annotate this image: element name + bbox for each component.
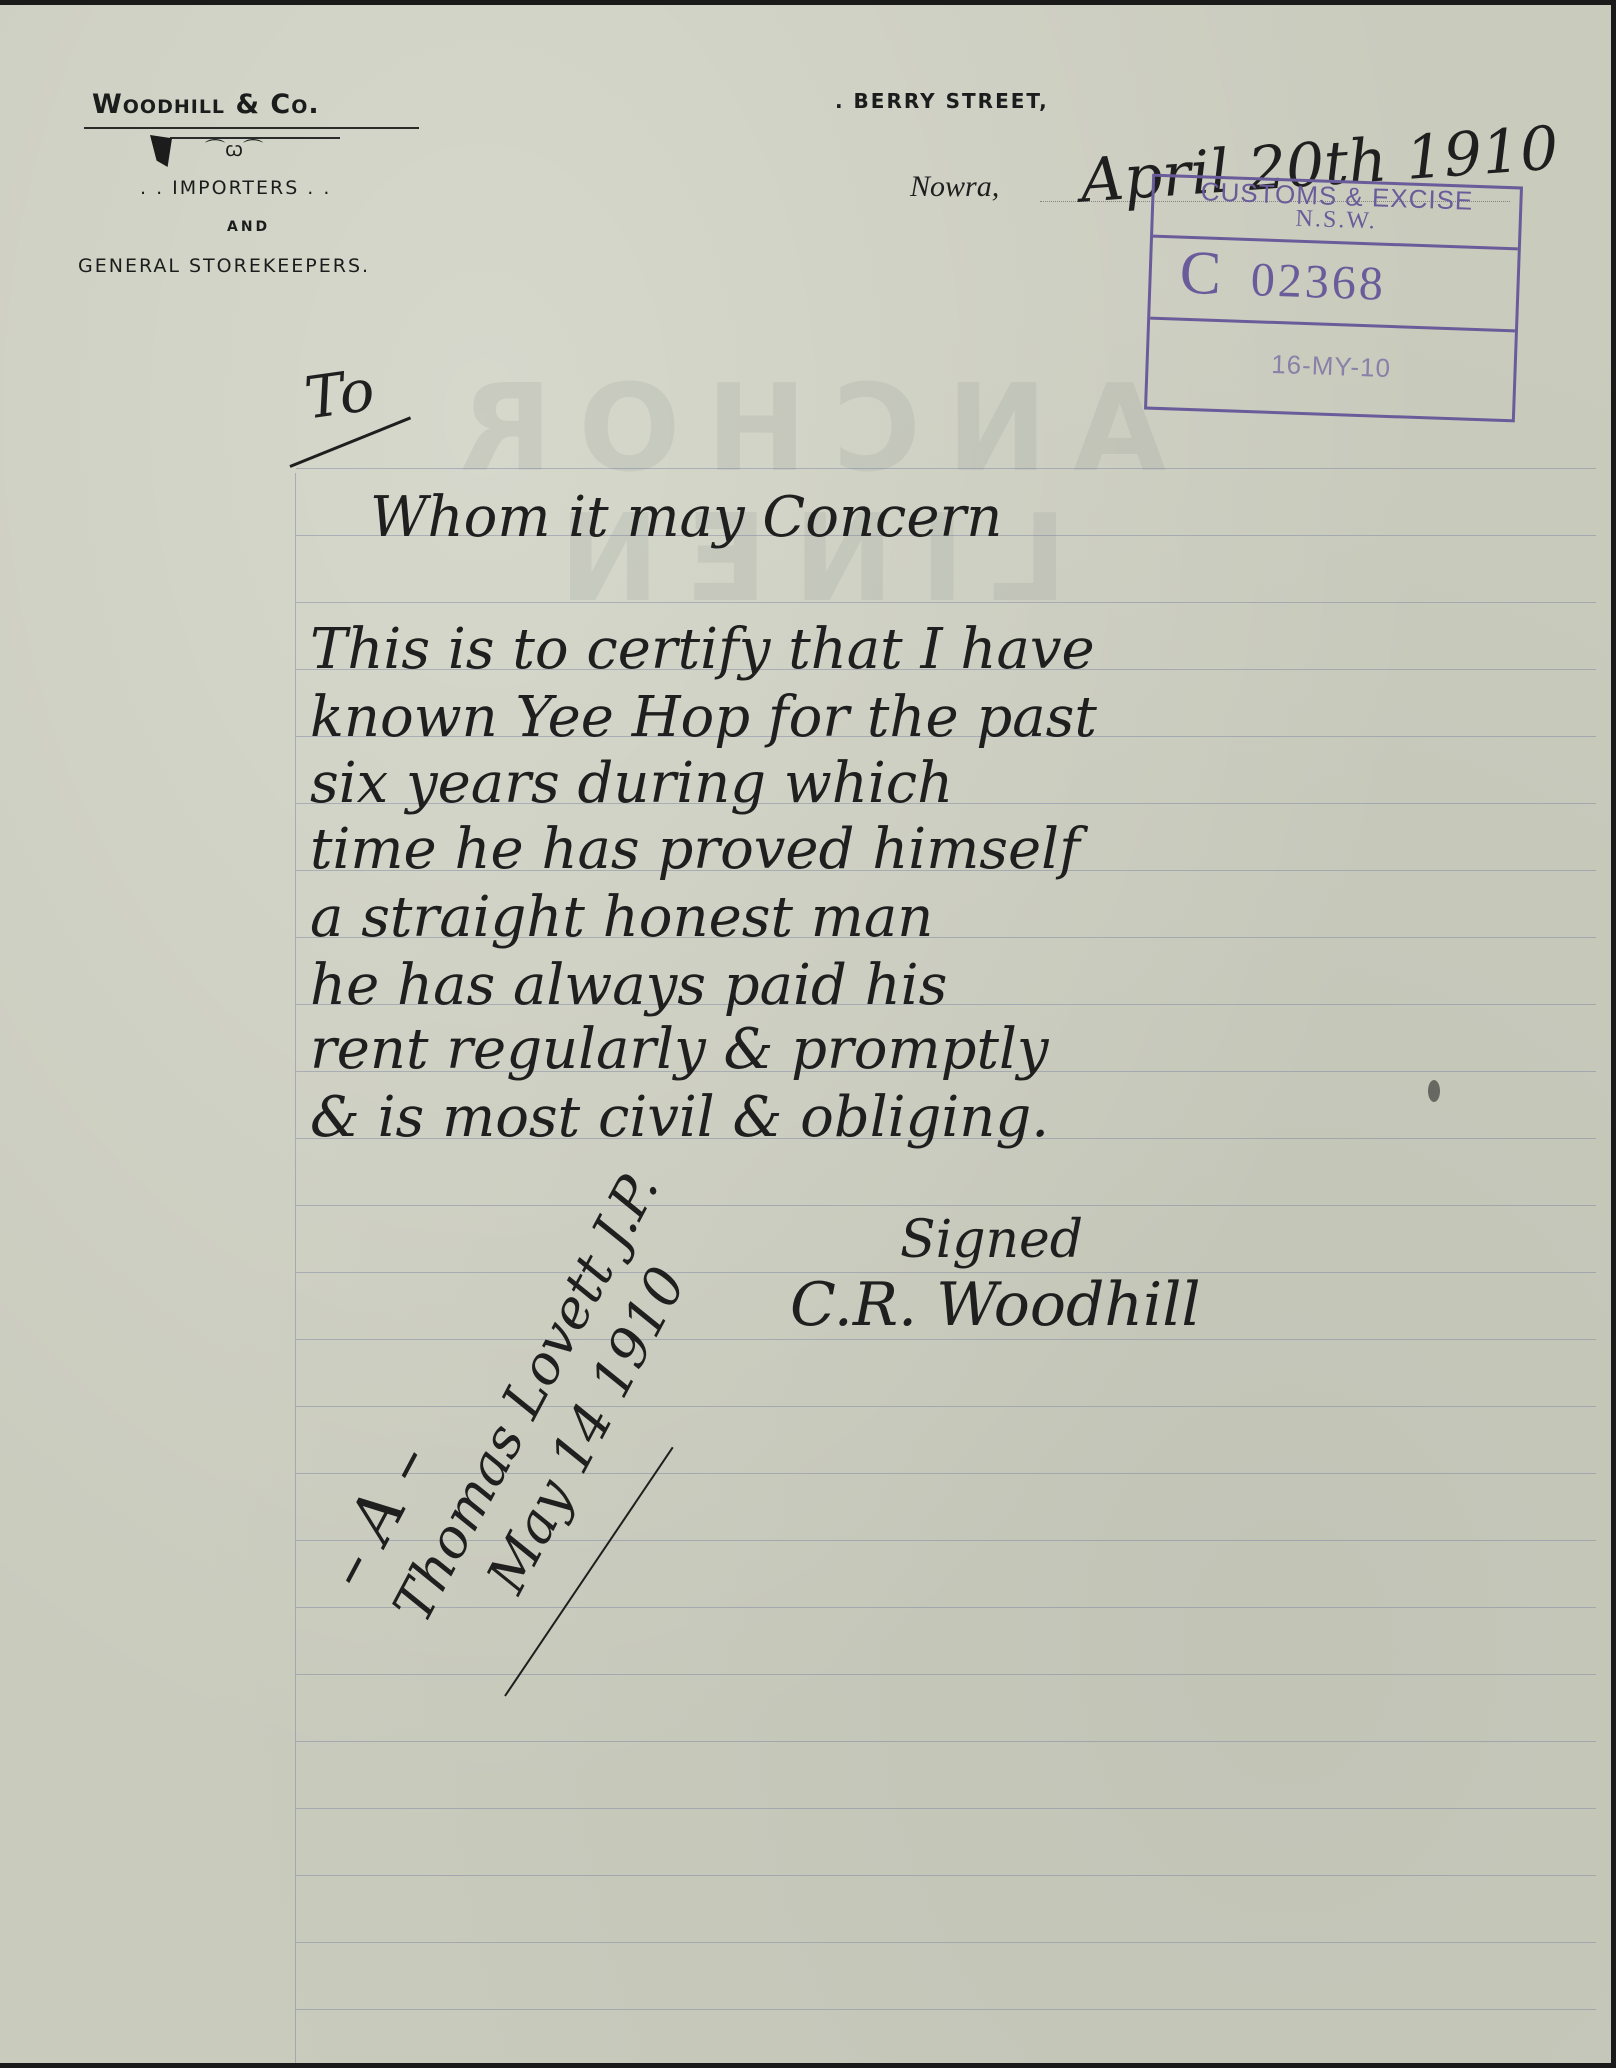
body-line: time he has proved himself bbox=[310, 817, 1080, 882]
body-line: & is most civil & obliging. bbox=[310, 1085, 1049, 1150]
stamp-divider bbox=[1150, 317, 1515, 333]
ruled-line bbox=[296, 1205, 1596, 1206]
margin-line bbox=[295, 473, 296, 2063]
stamp-code: C02368 bbox=[1179, 238, 1388, 316]
ruled-line bbox=[296, 468, 1596, 469]
ruled-line bbox=[296, 1942, 1596, 1943]
divider bbox=[84, 127, 419, 129]
ruled-line bbox=[296, 1741, 1596, 1742]
torn-paper-mark bbox=[150, 135, 172, 167]
company-name: Woodhill & Co. bbox=[92, 89, 320, 120]
ruled-line bbox=[296, 602, 1596, 603]
stamp-date: 16-MY-10 bbox=[1148, 345, 1514, 389]
ruled-line bbox=[296, 1808, 1596, 1809]
ornament-icon: ⌒ꞷ⌒ bbox=[205, 133, 263, 162]
signed-label: Signed bbox=[900, 1210, 1083, 1270]
letterhead-and: AND bbox=[227, 219, 270, 235]
body-line: This is to certify that I have bbox=[310, 617, 1095, 682]
salutation: Whom it may Concern bbox=[370, 485, 1002, 550]
body-line: known Yee Hop for the past bbox=[310, 685, 1097, 750]
customs-stamp: CUSTOMS & EXCISE N.S.W. C02368 16-MY-10 bbox=[1144, 174, 1523, 423]
body-line: a straight honest man bbox=[310, 885, 933, 950]
signature: C.R. Woodhill bbox=[790, 1270, 1201, 1340]
ruled-line bbox=[296, 1674, 1596, 1675]
letterhead-importers: . . IMPORTERS . . bbox=[140, 177, 331, 199]
body-line: he has always paid his bbox=[310, 953, 947, 1018]
stamp-number: 02368 bbox=[1250, 253, 1387, 311]
letterhead-storekeepers: GENERAL STOREKEEPERS. bbox=[78, 255, 370, 277]
ink-blot bbox=[1428, 1080, 1440, 1102]
body-line: rent regularly & promptly bbox=[310, 1017, 1049, 1082]
ruled-line bbox=[296, 2009, 1596, 2010]
ruled-line bbox=[296, 1875, 1596, 1876]
dateline-place: Nowra, bbox=[910, 170, 999, 204]
letterhead-address: . BERRY STREET, bbox=[835, 89, 1049, 113]
body-line: six years during which bbox=[310, 751, 953, 816]
stamp-letter: C bbox=[1179, 239, 1223, 308]
salutation-to: To bbox=[301, 356, 379, 433]
letter-page: ANCHOR LINEN Woodhill & Co. ⌒ꞷ⌒ . . IMPO… bbox=[0, 5, 1611, 2063]
